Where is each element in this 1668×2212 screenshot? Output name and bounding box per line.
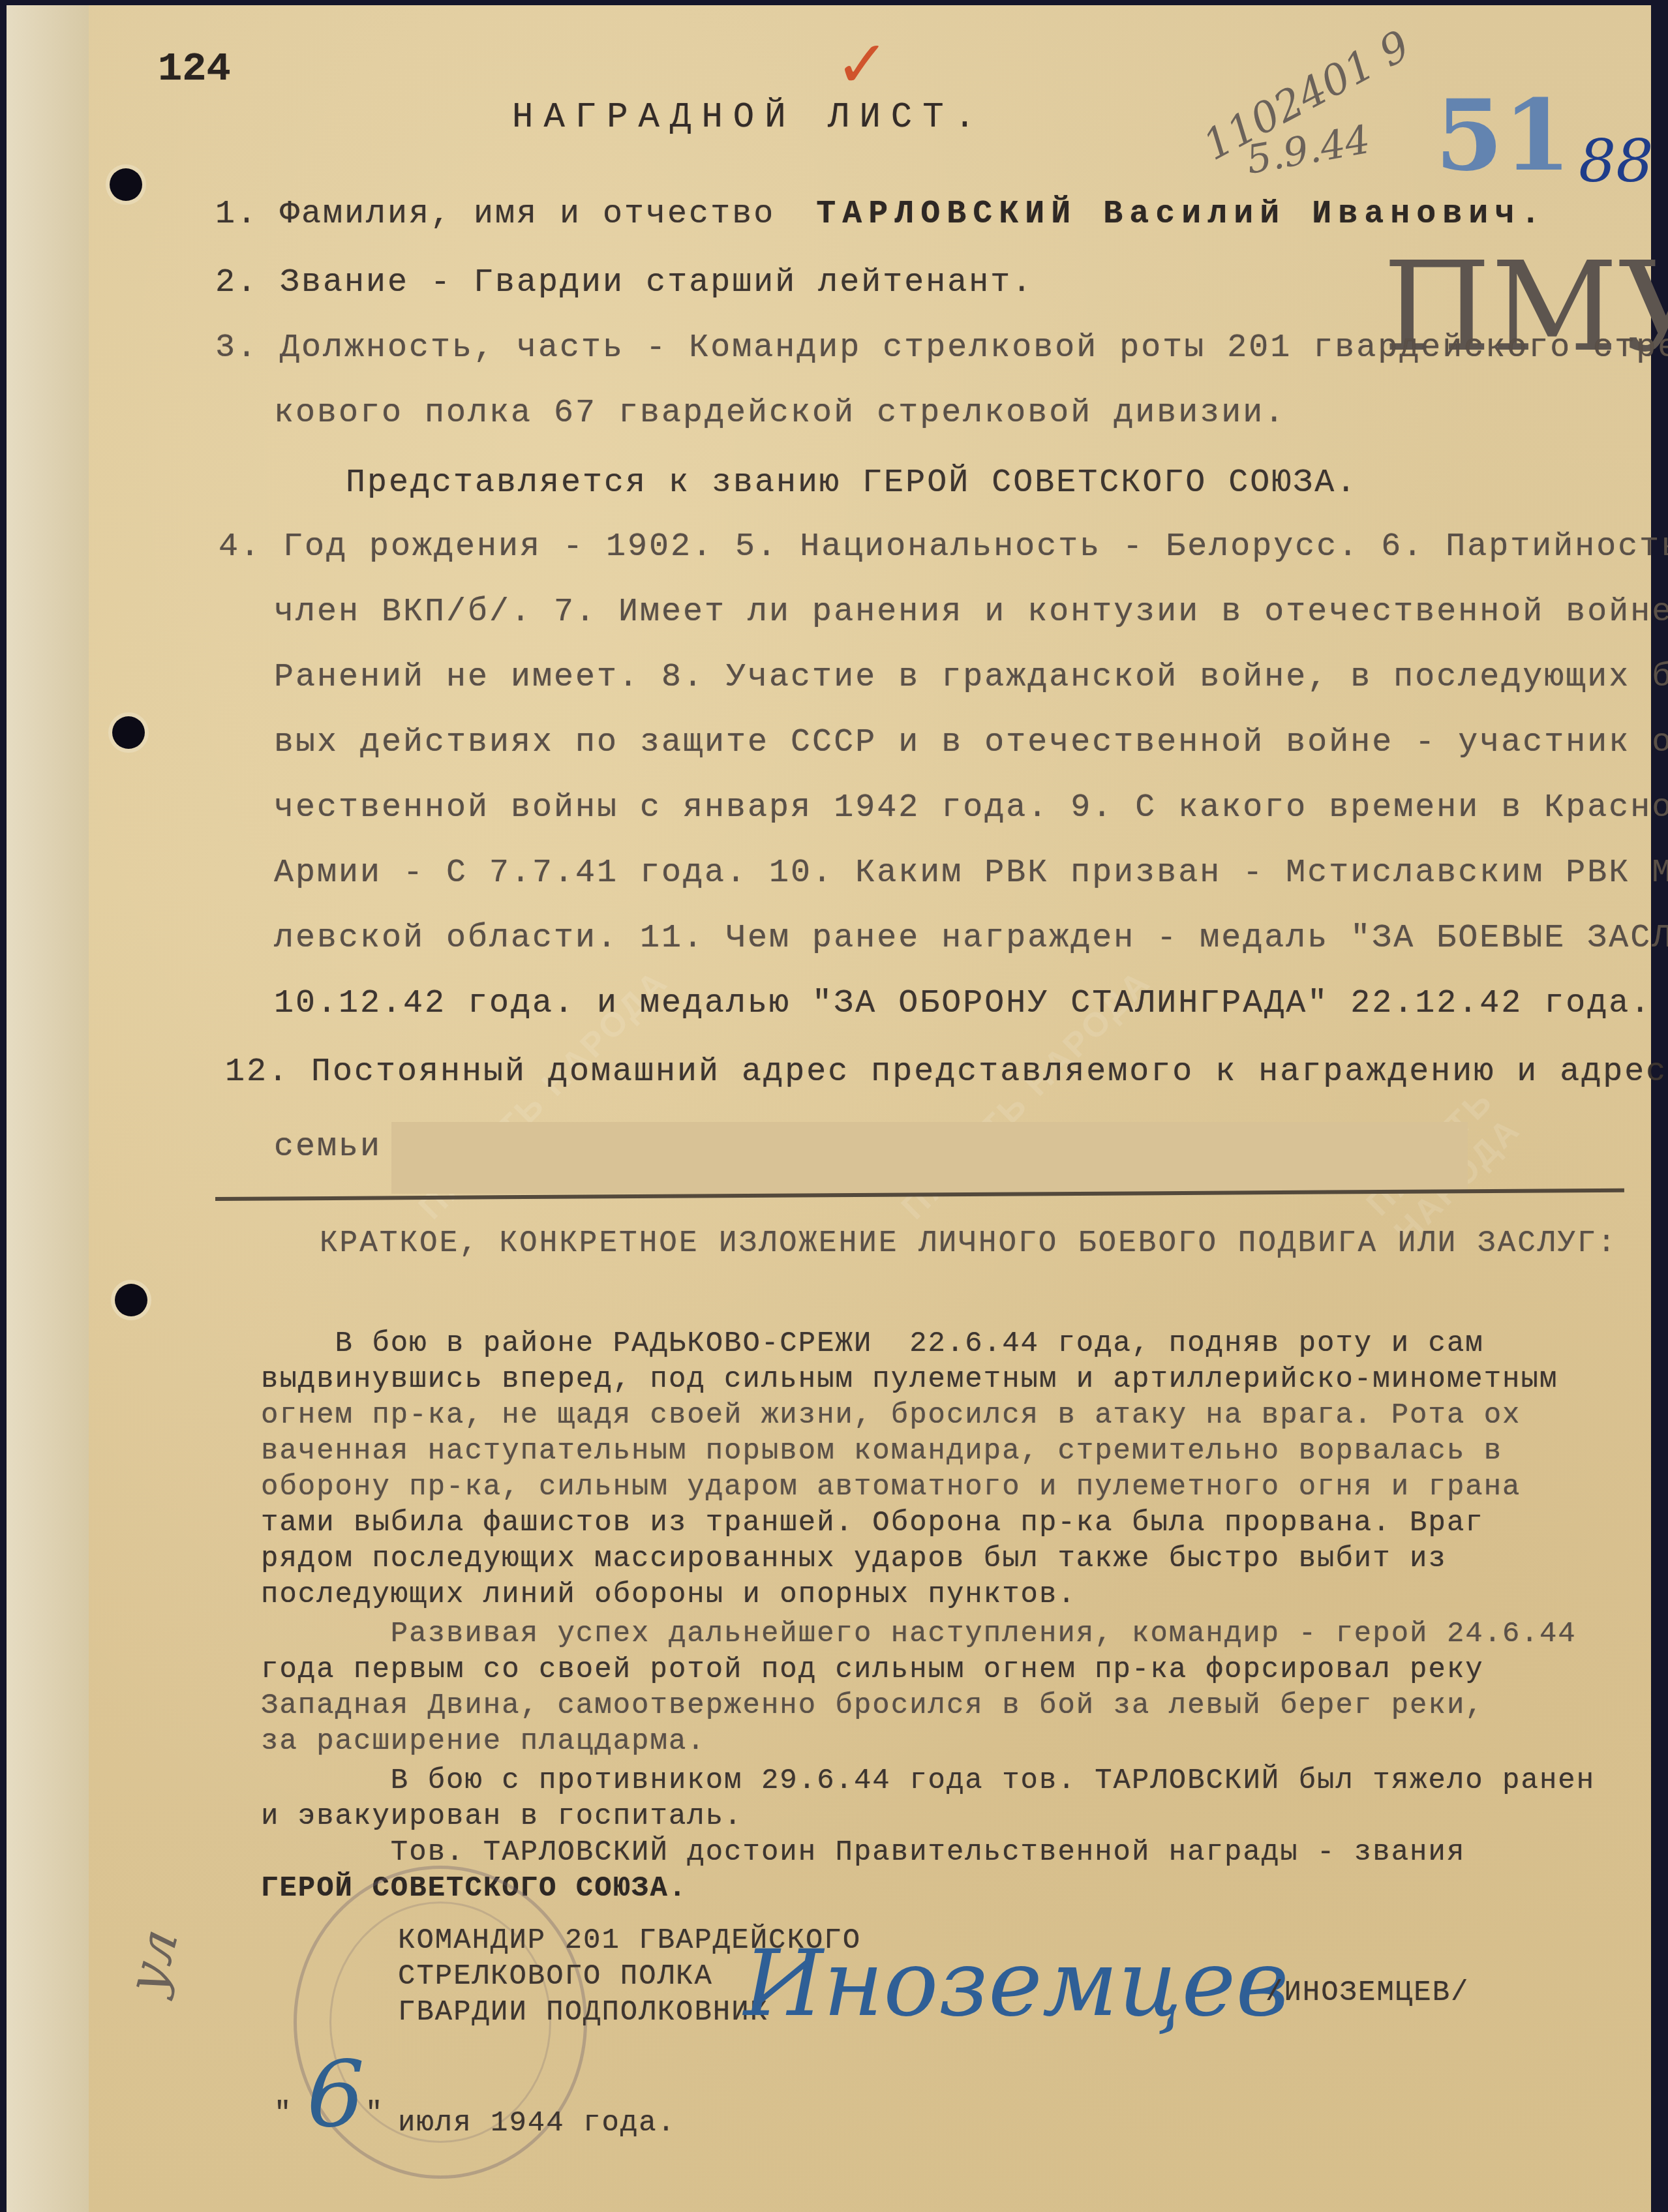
field-position: 3. Должность, часть - Командир стрелково… xyxy=(215,329,1668,367)
details-line: 10.12.42 года. и медалью "ЗА ОБОРОНУ СТА… xyxy=(274,985,1652,1022)
address-family-label: семьи xyxy=(274,1129,382,1166)
punch-hole-icon xyxy=(110,168,142,201)
narrative-line: и эвакуирован в госпиталь. xyxy=(261,1800,743,1833)
field-full-name: 1. Фамилия, имя и отчество ТАРЛОВСКИЙ Ва… xyxy=(215,196,1547,233)
narrative-line: огнем пр-ка, не щадя своей жизни, бросил… xyxy=(261,1399,1521,1432)
redacted-address xyxy=(391,1122,1468,1194)
narrative-line: выдвинувшись вперед, под сильным пулемет… xyxy=(261,1363,1558,1396)
signatory-typed-name: /ИНОЗЕМЦЕВ/ xyxy=(1266,1977,1469,2009)
narrative-line: Тов. ТАРЛОВСКИЙ достоин Правительственно… xyxy=(261,1836,1465,1869)
section-heading: КРАТКОЕ, КОНКРЕТНОЕ ИЗЛОЖЕНИЕ ЛИЧНОГО БО… xyxy=(320,1226,1617,1260)
details-line: Армии - С 7.7.41 года. 10. Каким РВК при… xyxy=(274,855,1668,892)
blue-number-mark: 51 xyxy=(1435,78,1571,193)
signatory-title-line: ГВАРДИИ ПОДПОЛКОВНИК xyxy=(398,1996,768,2029)
date-text: июля 1944 года. xyxy=(398,2107,676,2140)
signatory-title-line: СТРЕЛКОВОГО ПОЛКА xyxy=(398,1960,713,1993)
punch-hole-icon xyxy=(112,716,145,749)
position-value-continued: кового полка 67 гвардейской стрелковой д… xyxy=(274,395,1286,432)
details-line: член ВКП/б/. 7. Имеет ли ранения и конту… xyxy=(274,594,1668,631)
narrative-line: оборону пр-ка, сильным ударом автоматног… xyxy=(261,1471,1521,1504)
narrative-line: В бою в районе РАДЬКОВО-СРЕЖИ 22.6.44 го… xyxy=(261,1327,1484,1360)
address-line: 12. Постоянный домашний адрес представля… xyxy=(225,1053,1668,1091)
narrative-line: тами выбила фашистов из траншей. Оборона… xyxy=(261,1507,1484,1539)
narrative-line: Западная Двина, самоотверженно бросился … xyxy=(261,1689,1484,1722)
narrative-line: В бою с противником 29.6.44 года тов. ТА… xyxy=(261,1765,1595,1797)
rank-value: - Гвардии старший лейтенант. xyxy=(431,264,1033,301)
blue-page-mark: 88 xyxy=(1579,127,1654,196)
punch-hole-icon xyxy=(115,1284,147,1316)
details-line: Ранений не имеет. 8. Участие в гражданск… xyxy=(274,659,1668,696)
nomination-line: Представляется к званию ГЕРОЙ СОВЕТСКОГО… xyxy=(346,464,1357,502)
page-number: 124 xyxy=(158,46,231,92)
details-line: 4. Год рождения - 1902. 5. Национальност… xyxy=(219,528,1668,566)
field-rank: 2. Звание - Гвардии старший лейтенант. xyxy=(215,264,1033,301)
handwritten-day: 6 xyxy=(307,2042,365,2148)
narrative-line: рядом последующих массированных ударов б… xyxy=(261,1543,1447,1575)
narrative-line: года первым со своей ротой под сильным о… xyxy=(261,1654,1484,1686)
red-check-icon: ✓ xyxy=(835,26,890,102)
narrative-line: последующих линий обороны и опорных пунк… xyxy=(261,1579,1076,1611)
narrative-line: ваченная наступательным порывом командир… xyxy=(261,1435,1502,1468)
narrative-line: Развивая успех дальнейшего наступления, … xyxy=(261,1618,1577,1650)
details-line: левской области. 11. Чем ранее награжден… xyxy=(274,920,1668,957)
handwritten-signature: Иноземцев xyxy=(744,1931,1289,2037)
page-title: НАГРАДНОЙ ЛИСТ. xyxy=(512,98,986,138)
underlying-page-strip xyxy=(7,5,91,2212)
narrative-line: за расширение плацдарма. xyxy=(261,1725,706,1758)
details-line: вых действиях по защите СССР и в отечест… xyxy=(274,724,1668,761)
position-value: - Командир стрелковой роты 201 гвардейск… xyxy=(646,329,1668,367)
full-name-value: ТАРЛОВСКИЙ Василий Иванович. xyxy=(816,196,1547,233)
details-line: чественной войны с января 1942 года. 9. … xyxy=(274,789,1668,826)
